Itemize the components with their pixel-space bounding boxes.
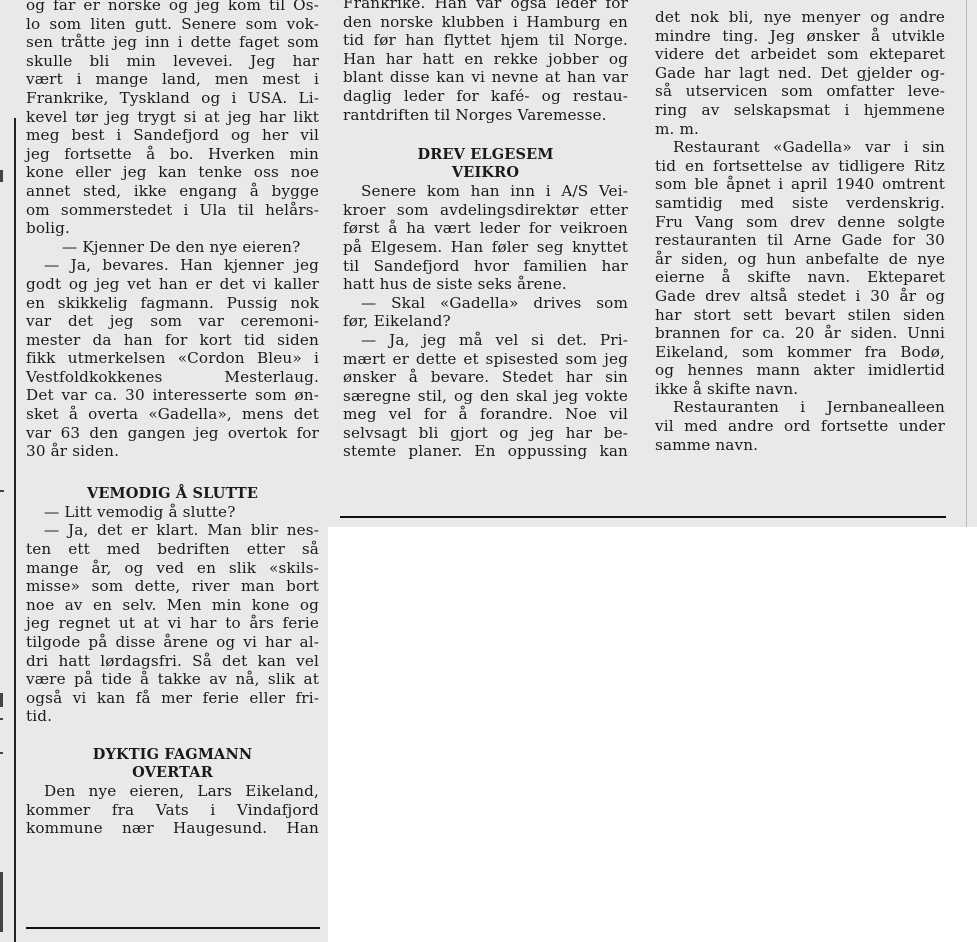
text-line: kommune nær Haugesund. Han bbox=[26, 819, 319, 838]
interview-question: — Kjenner De den nye eieren? bbox=[26, 238, 319, 257]
text-line: særegne stil, og den skal jeg vokte bbox=[343, 387, 628, 406]
text-line: kroer som avdelingsdirektør etter bbox=[343, 201, 628, 220]
text-line: kommer fra Vats i Vindafjord bbox=[26, 801, 319, 820]
text-line: 30 år siden. bbox=[26, 442, 319, 461]
text-line: daglig leder for kafé- og restau- bbox=[343, 87, 628, 106]
text-line: og hennes mann akter imidlertid bbox=[655, 361, 945, 380]
text-line: år siden, og hun anbefalte de nye bbox=[655, 250, 945, 269]
margin-mark bbox=[0, 752, 3, 754]
text-line: bolig. bbox=[26, 219, 319, 238]
text-line: mange år, og ved en slik «skils- bbox=[26, 559, 319, 578]
text-line: Frankrike, Tyskland og i USA. Li- bbox=[26, 89, 319, 108]
text-line: ten ett med bedriften etter så bbox=[26, 540, 319, 559]
paragraph: og far er norske og jeg kom til Os- lo s… bbox=[26, 0, 319, 238]
text-line: dri hatt lørdagsfri. Så det kan vel bbox=[26, 652, 319, 671]
interview-question: — Litt vemodig å slutte? bbox=[26, 503, 319, 522]
text-line: sen tråtte jeg inn i dette faget som bbox=[26, 33, 319, 52]
text-line: restauranten til Arne Gade for 30 bbox=[655, 231, 945, 250]
margin-mark bbox=[0, 718, 3, 720]
text-line: mindre ting. Jeg ønsker å utvikle bbox=[655, 27, 945, 46]
text-line: — Ja, bevares. Han kjenner jeg bbox=[26, 256, 319, 275]
text-line: tid. bbox=[26, 707, 319, 726]
text-line: være på tide å takke av nå, slik at bbox=[26, 670, 319, 689]
scan-edge-mark bbox=[966, 0, 967, 527]
text-line: godt og jeg vet han er det vi kaller bbox=[26, 275, 319, 294]
text-line: selvsagt bli gjort og jeg har be- bbox=[343, 424, 628, 443]
margin-mark bbox=[0, 693, 3, 707]
text-line: en skikkelig fagmann. Pussig nok bbox=[26, 294, 319, 313]
text-line: brannen for ca. 20 år siden. Unni bbox=[655, 324, 945, 343]
text-line: ikke å skifte navn. bbox=[655, 380, 945, 399]
paragraph: Den nye eieren, Lars Eikeland, kommer fr… bbox=[26, 782, 319, 838]
text-line: noe av en selv. Men min kone og bbox=[26, 596, 319, 615]
paragraph: Restauranten i Jernbanealleen vil med an… bbox=[655, 398, 945, 454]
text-line: mester da han for kort tid siden bbox=[26, 331, 319, 350]
paragraph: — Ja, det er klart. Man blir nes- ten et… bbox=[26, 521, 319, 726]
paragraph: det nok bli, nye menyer og andre mindre … bbox=[655, 8, 945, 138]
text-line: Restauranten i Jernbanealleen bbox=[655, 398, 945, 417]
text-line: meg vel for å forandre. Noe vil bbox=[343, 405, 628, 424]
paragraph: Restaurant «Gadella» var i sin tid en fo… bbox=[655, 138, 945, 398]
text-line: rantdriften til Norges Varemesse. bbox=[343, 106, 628, 125]
text-line: samtidig med siste verdenskrig. bbox=[655, 194, 945, 213]
text-line: som ble åpnet i april 1940 omtrent bbox=[655, 175, 945, 194]
text-line: — Ja, det er klart. Man blir nes- bbox=[26, 521, 319, 540]
text-line: meg best i Sandefjord og her vil bbox=[26, 126, 319, 145]
text-line: sket å overta «Gadella», mens det bbox=[26, 405, 319, 424]
text-line: vært i mange land, men mest i bbox=[26, 70, 319, 89]
section-heading: DYKTIG FAGMANN bbox=[26, 746, 319, 764]
text-line: m. m. bbox=[655, 120, 945, 139]
text-line: videre det arbeidet som ekteparet bbox=[655, 45, 945, 64]
text-line: på Elgesem. Han føler seg knyttet bbox=[343, 238, 628, 257]
text-line: annet sted, ikke engang å bygge bbox=[26, 182, 319, 201]
text-line: vil med andre ord fortsette under bbox=[655, 417, 945, 436]
text-line: samme navn. bbox=[655, 436, 945, 455]
text-line: Gade drev altså stedet i 30 år og bbox=[655, 287, 945, 306]
text-line: først å ha vært leder for veikroen bbox=[343, 219, 628, 238]
text-line: Gade har lagt ned. Det gjelder og- bbox=[655, 64, 945, 83]
text-line: var 63 den gangen jeg overtok for bbox=[26, 424, 319, 443]
text-line: misse» som dette, river man bort bbox=[26, 577, 319, 596]
text-line: ring av selskapsmat i hjemmene bbox=[655, 101, 945, 120]
text-line: var det jeg som var ceremoni- bbox=[26, 312, 319, 331]
text-line: hatt hus de siste seks årene. bbox=[343, 275, 628, 294]
margin-mark bbox=[0, 170, 3, 182]
text-line: Senere kom han inn i A/S Vei- bbox=[343, 182, 628, 201]
text-line: Den nye eieren, Lars Eikeland, bbox=[26, 782, 319, 801]
text-line: tilgode på disse årene og vi har al- bbox=[26, 633, 319, 652]
paragraph: — Kjenner De den nye eieren? bbox=[26, 238, 319, 257]
text-line: før, Eikeland? bbox=[343, 312, 628, 331]
text-line: også vi kan få mer ferie eller fri- bbox=[26, 689, 319, 708]
paragraph: — Skal «Gadella» drives som før, Eikelan… bbox=[343, 294, 628, 331]
article-column-2: Frankrike. Han var også leder for den no… bbox=[343, 0, 628, 461]
text-line: Han har hatt en rekke jobber og bbox=[343, 50, 628, 69]
text-line: Frankrike. Han var også leder for bbox=[343, 0, 628, 13]
text-line: den norske klubben i Hamburg en bbox=[343, 13, 628, 32]
margin-mark bbox=[0, 490, 4, 492]
section-heading: VEMODIG Å SLUTTE bbox=[26, 485, 319, 503]
text-line: så utservicen som omfatter leve- bbox=[655, 82, 945, 101]
text-line: kevel tør jeg trygt si at jeg har likt bbox=[26, 108, 319, 127]
text-line: fikk utmerkelsen «Cordon Bleu» i bbox=[26, 349, 319, 368]
text-line: — Ja, jeg må vel si det. Pri- bbox=[343, 331, 628, 350]
column-divider-left bbox=[14, 118, 16, 942]
text-line: jeg fortsette å bo. Hverken min bbox=[26, 145, 319, 164]
text-line: jeg regnet ut at vi har to års ferie bbox=[26, 614, 319, 633]
section-heading: OVERTAR bbox=[26, 764, 319, 782]
paragraph: — Ja, jeg må vel si det. Pri- mært er de… bbox=[343, 331, 628, 461]
text-line: tid en fortsettelse av tidligere Ritz bbox=[655, 157, 945, 176]
text-line: tid før han flyttet hjem til Norge. bbox=[343, 31, 628, 50]
text-line: skulle bli min levevei. Jeg har bbox=[26, 52, 319, 71]
text-line: har stort sett bevart stilen siden bbox=[655, 306, 945, 325]
margin-mark bbox=[0, 872, 3, 932]
text-line: om sommerstedet i Ula til helårs- bbox=[26, 201, 319, 220]
text-line: ønsker å bevare. Stedet har sin bbox=[343, 368, 628, 387]
paragraph: — Ja, bevares. Han kjenner jeg godt og j… bbox=[26, 256, 319, 461]
paragraph: — Litt vemodig å slutte? bbox=[26, 503, 319, 522]
text-line: og far er norske og jeg kom til Os- bbox=[26, 0, 319, 15]
text-line: eierne å skifte navn. Ekteparet bbox=[655, 268, 945, 287]
text-line: Restaurant «Gadella» var i sin bbox=[655, 138, 945, 157]
paragraph: Senere kom han inn i A/S Vei- kroer som … bbox=[343, 182, 628, 294]
article-end-rule bbox=[340, 516, 946, 518]
section-heading: DREV ELGESEM bbox=[343, 146, 628, 164]
text-line: Fru Vang som drev denne solgte bbox=[655, 213, 945, 232]
text-line: lo som liten gutt. Senere som vok- bbox=[26, 15, 319, 34]
text-line: til Sandefjord hvor familien har bbox=[343, 257, 628, 276]
column-end-rule bbox=[26, 927, 320, 929]
text-line: stemte planer. En oppussing kan bbox=[343, 442, 628, 461]
text-line: mært er dette et spisested som jeg bbox=[343, 350, 628, 369]
text-line: — Skal «Gadella» drives som bbox=[343, 294, 628, 313]
text-line: Vestfoldkokkenes Mesterlaug. bbox=[26, 368, 319, 387]
text-line: det nok bli, nye menyer og andre bbox=[655, 8, 945, 27]
article-column-3: det nok bli, nye menyer og andre mindre … bbox=[655, 8, 945, 454]
text-line: kone eller jeg kan tenke oss noe bbox=[26, 163, 319, 182]
paragraph: Frankrike. Han var også leder for den no… bbox=[343, 0, 628, 124]
text-line: Det var ca. 30 interesserte som øn- bbox=[26, 386, 319, 405]
article-column-1: og far er norske og jeg kom til Os- lo s… bbox=[26, 0, 319, 838]
text-line: Eikeland, som kommer fra Bodø, bbox=[655, 343, 945, 362]
text-line: blant disse kan vi nevne at han var bbox=[343, 68, 628, 87]
section-heading: VEIKRO bbox=[343, 164, 628, 182]
